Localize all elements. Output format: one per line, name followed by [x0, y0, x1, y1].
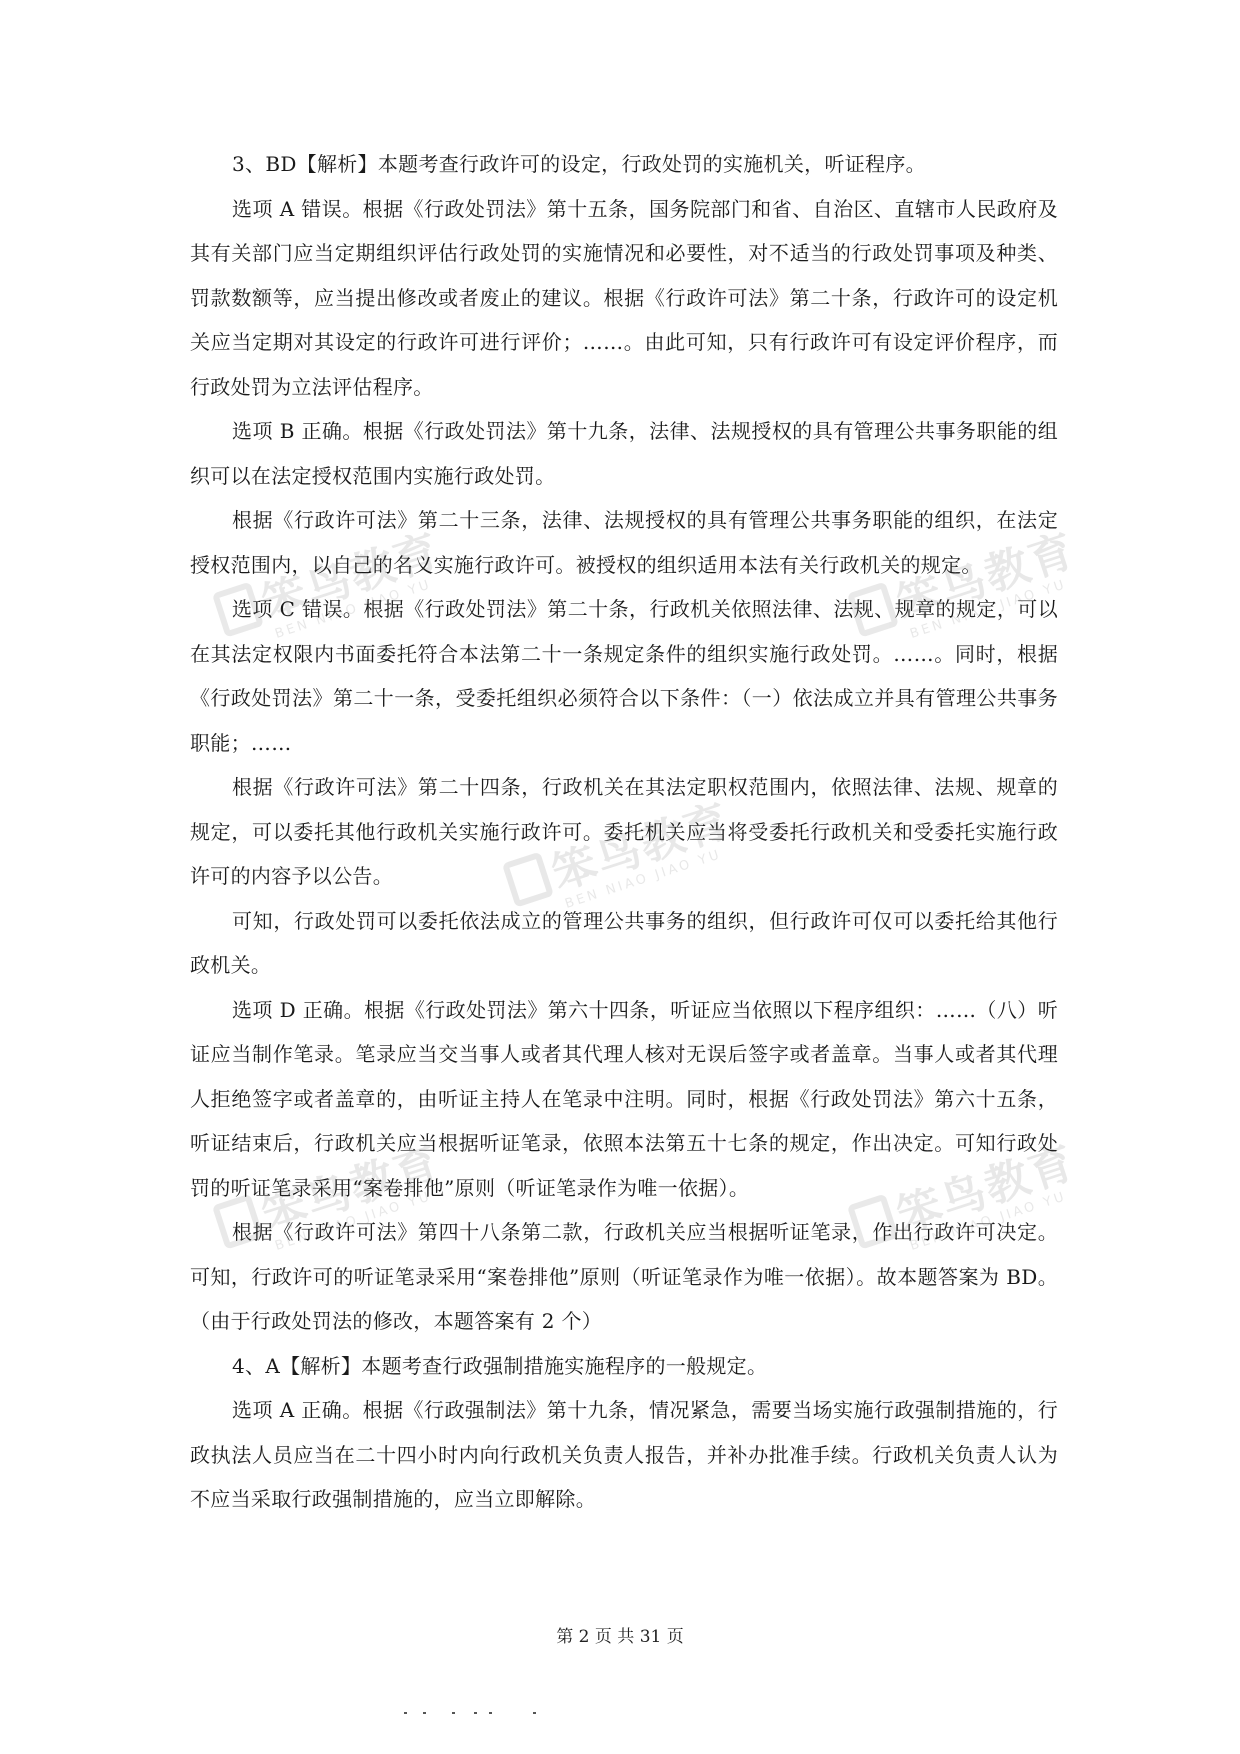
paragraph-q3-license-24: 根据《行政许可法》第二十四条，行政机关在其法定职权范围内，依照法律、法规、规章的…	[190, 765, 1058, 899]
paragraph-q3-option-a: 选项 A 错误。根据《行政处罚法》第十五条，国务院部门和省、自治区、直辖市人民政…	[190, 187, 1058, 410]
paragraph-q3-heading: 3、BD【解析】本题考查行政许可的设定，行政处罚的实施机关，听证程序。	[190, 142, 1058, 187]
paragraph-q4-heading: 4、A【解析】本题考查行政强制措施实施程序的一般规定。	[190, 1344, 1058, 1389]
paragraph-q3-option-c: 选项 C 错误。根据《行政处罚法》第二十条，行政机关依照法律、法规、规章的规定，…	[190, 587, 1058, 765]
paragraph-q3-license-48: 根据《行政许可法》第四十八条第二款，行政机关应当根据听证笔录，作出行政许可决定。…	[190, 1210, 1058, 1344]
page-body: 3、BD【解析】本题考查行政许可的设定，行政处罚的实施机关，听证程序。 选项 A…	[190, 142, 1058, 1522]
paragraph-q3-option-d: 选项 D 正确。根据《行政处罚法》第六十四条，听证应当依照以下程序组织：……（八…	[190, 988, 1058, 1211]
page-number-footer: 第 2 页 共 31 页	[0, 1622, 1240, 1647]
paragraph-q3-license-23: 根据《行政许可法》第二十三条，法律、法规授权的具有管理公共事务职能的组织，在法定…	[190, 498, 1058, 587]
scan-artifact-dots	[400, 1712, 560, 1715]
paragraph-q4-option-a: 选项 A 正确。根据《行政强制法》第十九条，情况紧急，需要当场实施行政强制措施的…	[190, 1388, 1058, 1522]
paragraph-q3-conclusion-c: 可知，行政处罚可以委托依法成立的管理公共事务的组织，但行政许可仅可以委托给其他行…	[190, 899, 1058, 988]
document-page: 3、BD【解析】本题考查行政许可的设定，行政处罚的实施机关，听证程序。 选项 A…	[0, 0, 1240, 1754]
paragraph-q3-option-b: 选项 B 正确。根据《行政处罚法》第十九条，法律、法规授权的具有管理公共事务职能…	[190, 409, 1058, 498]
